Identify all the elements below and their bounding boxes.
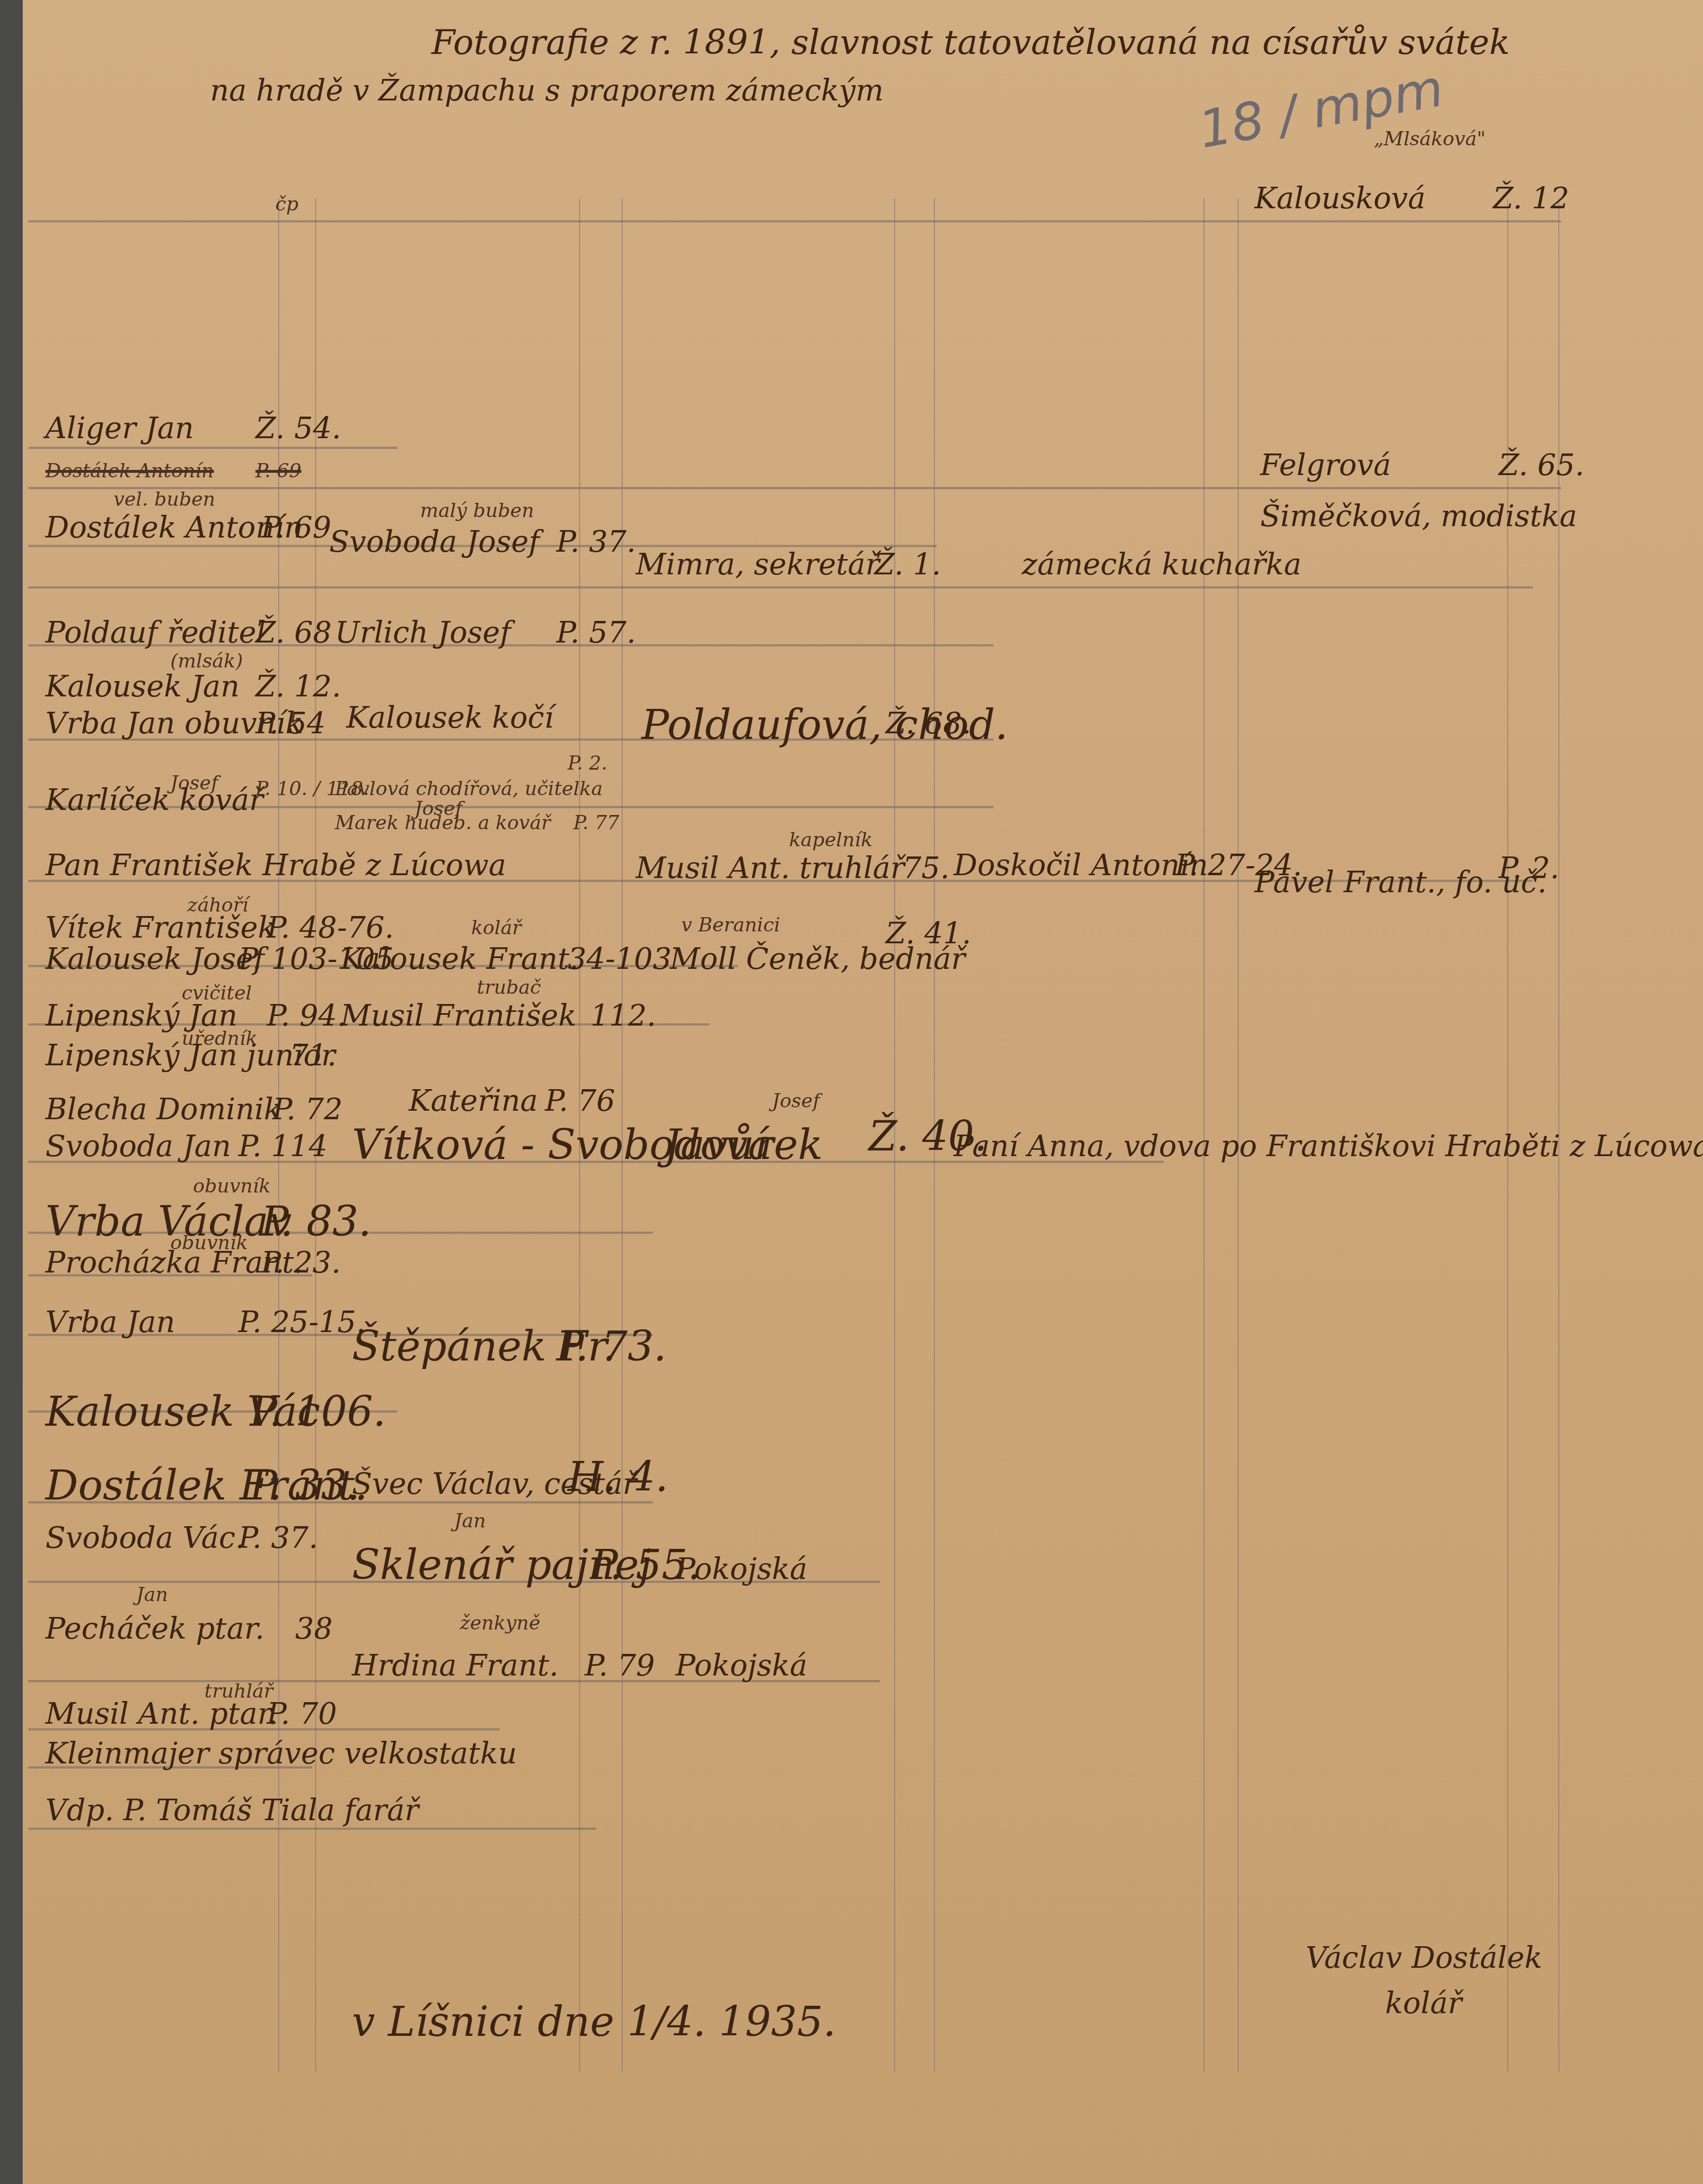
entry-house: P. 54 [255, 707, 326, 741]
entry-house: 112. [590, 999, 656, 1033]
entry-house: 75. [903, 851, 950, 885]
entry-name: Vdp. P. Tomáš Tiala farář [45, 1794, 419, 1828]
entry-name: Javůrek [664, 1121, 823, 1169]
entry-house: P. 83. [261, 1198, 371, 1245]
document-title-line2: na hradě v Žampachu s praporem zámeckým [210, 74, 883, 108]
entry-name: Pokojská [676, 1649, 807, 1683]
grid-line [28, 1828, 596, 1830]
entry-name: Kalousek kočí [346, 701, 553, 735]
place-date: v Líšnici dne 1/4. 1935. [352, 1998, 836, 2046]
entry-name: Kalousek Jan [45, 670, 240, 704]
document-title-line1: Fotografie z r. 1891, slavnost tatovatěl… [431, 23, 1510, 62]
entry-house: P. 2. [1499, 851, 1559, 885]
entry-name: Urlich Josef [335, 616, 511, 650]
entry-house: 34-103 [568, 942, 672, 976]
entry-note: v Beranici [681, 914, 780, 936]
entry-note: trubač [477, 976, 541, 999]
entry-name: Hrdina Frant. [352, 1649, 559, 1683]
entry-house: Ž. 1. [874, 548, 941, 582]
entry-house: P. 23. [261, 1246, 341, 1280]
entry-house: Ž. 41. [886, 917, 971, 951]
entry-house: P. 72 [272, 1093, 343, 1127]
entry-name-struck: Dostálek Antonín [45, 460, 214, 482]
entry-note: Jan [136, 1584, 168, 1606]
grid-line [28, 220, 1561, 222]
entry-name: Marek hudeb. a kovář [335, 812, 551, 834]
entry-name: Musil Ant. truhlář [636, 851, 904, 885]
signature-title: kolář [1385, 1986, 1462, 2021]
entry-name: Kleinmajer správec velkostatku [45, 1737, 517, 1771]
entry-house: P. 69 [261, 511, 332, 545]
entry-name: Vrba Václav [45, 1198, 292, 1245]
entry-note: vel. buben [114, 488, 215, 511]
entry-name: Svoboda Josef [329, 525, 540, 559]
entry-name: Pokojská [676, 1552, 807, 1586]
entry-house: P. 106. [250, 1388, 386, 1435]
entry-note: obuvník [193, 1175, 271, 1198]
entry-note: Josef [772, 1090, 820, 1112]
entry-name: Musil František [341, 999, 576, 1033]
entry-house: P. 25-15. [238, 1305, 366, 1339]
grid-line [28, 487, 1561, 489]
entry-name: Pan František Hrabě z Lúcowa [45, 849, 506, 883]
entry-house: P. 76 [545, 1084, 615, 1118]
entry-name: Felgrová [1260, 448, 1391, 482]
entry-name: Mimra, sekretář [636, 548, 879, 582]
entry-note: (mlsák) [170, 650, 243, 673]
entry-note: malý buben [420, 499, 534, 522]
entry-house: P. 79 [585, 1649, 655, 1683]
grid-line [28, 447, 397, 449]
entry-name: Paní Anna, vdova po Františkovi Hraběti … [954, 1129, 1703, 1164]
entry-name: Kalousek Frant. [341, 942, 579, 976]
entry-name: Vrba Jan [45, 1305, 175, 1339]
entry-house: P. 33. [250, 1461, 360, 1509]
entry-note: kolář [471, 917, 521, 939]
entry-name: Šiměčková, modistka [1260, 499, 1577, 534]
entry-note: Jan [454, 1510, 486, 1532]
entry-name: Vítek František [45, 911, 276, 945]
entry-name: Karlíček kovář [45, 783, 263, 817]
entry-house: P. 94. [267, 999, 346, 1033]
grid-line [28, 586, 1533, 589]
entry-name: Kalousek Josef [45, 942, 265, 976]
entry-house: P. 2. [568, 752, 607, 775]
entry-name: Musil Ant. ptar. [45, 1697, 278, 1731]
entry-house: 38 [295, 1612, 333, 1646]
entry-name: Svoboda Jan [45, 1129, 231, 1164]
entry-house: Ž. 65. [1499, 448, 1584, 482]
scan-edge [0, 0, 23, 2184]
entry-house: Ž. 12 [1493, 182, 1569, 216]
entry-house: P. 37. [556, 525, 636, 559]
entry-note: ženkyně [460, 1612, 540, 1635]
entry-name: Kalousková [1255, 182, 1425, 216]
entry-name: zámecká kuchařka [1022, 548, 1302, 582]
entry-name: Pavlová chodířová, učitelka [335, 778, 603, 800]
entry-name: Doskočil Antonín [954, 849, 1208, 883]
entry-note: kapelník [789, 829, 873, 851]
signature-name: Václav Dostálek [1306, 1941, 1542, 1975]
entry-house: P. 77 [573, 812, 619, 834]
entry-house: Ž. 68 [255, 616, 332, 650]
entry-house: Ž. 54. [255, 411, 341, 446]
entry-house: P. 57. [556, 616, 636, 650]
document-page [23, 0, 1703, 2184]
entry-name: Kateřina [409, 1084, 538, 1118]
entry-name: Poldauf ředitel [45, 616, 266, 650]
entry-house: P. 48-76. [267, 911, 394, 945]
entry-name: Pecháček ptar. [45, 1612, 265, 1646]
entry-name: Blecha Dominik [45, 1093, 282, 1127]
entry-house: P. 37. [238, 1521, 318, 1555]
nickname-note: „Mlsáková" [1374, 128, 1486, 150]
entry-house: Ž. 68. [886, 707, 971, 741]
entry-house: P. 70 [267, 1697, 337, 1731]
entry-house: P. 73. [556, 1322, 666, 1370]
entry-house: 71. [290, 1039, 337, 1073]
entry-house: Ž. 12. [255, 670, 341, 704]
entry-name: Aliger Jan [45, 411, 194, 446]
entry-house-struck: P. 69 [255, 460, 301, 482]
entry-house: H. 4. [568, 1453, 668, 1501]
column-header-cp: čp [275, 193, 299, 216]
entry-house: P. 114 [238, 1129, 328, 1164]
entry-name: Svoboda Vác. [45, 1521, 245, 1555]
